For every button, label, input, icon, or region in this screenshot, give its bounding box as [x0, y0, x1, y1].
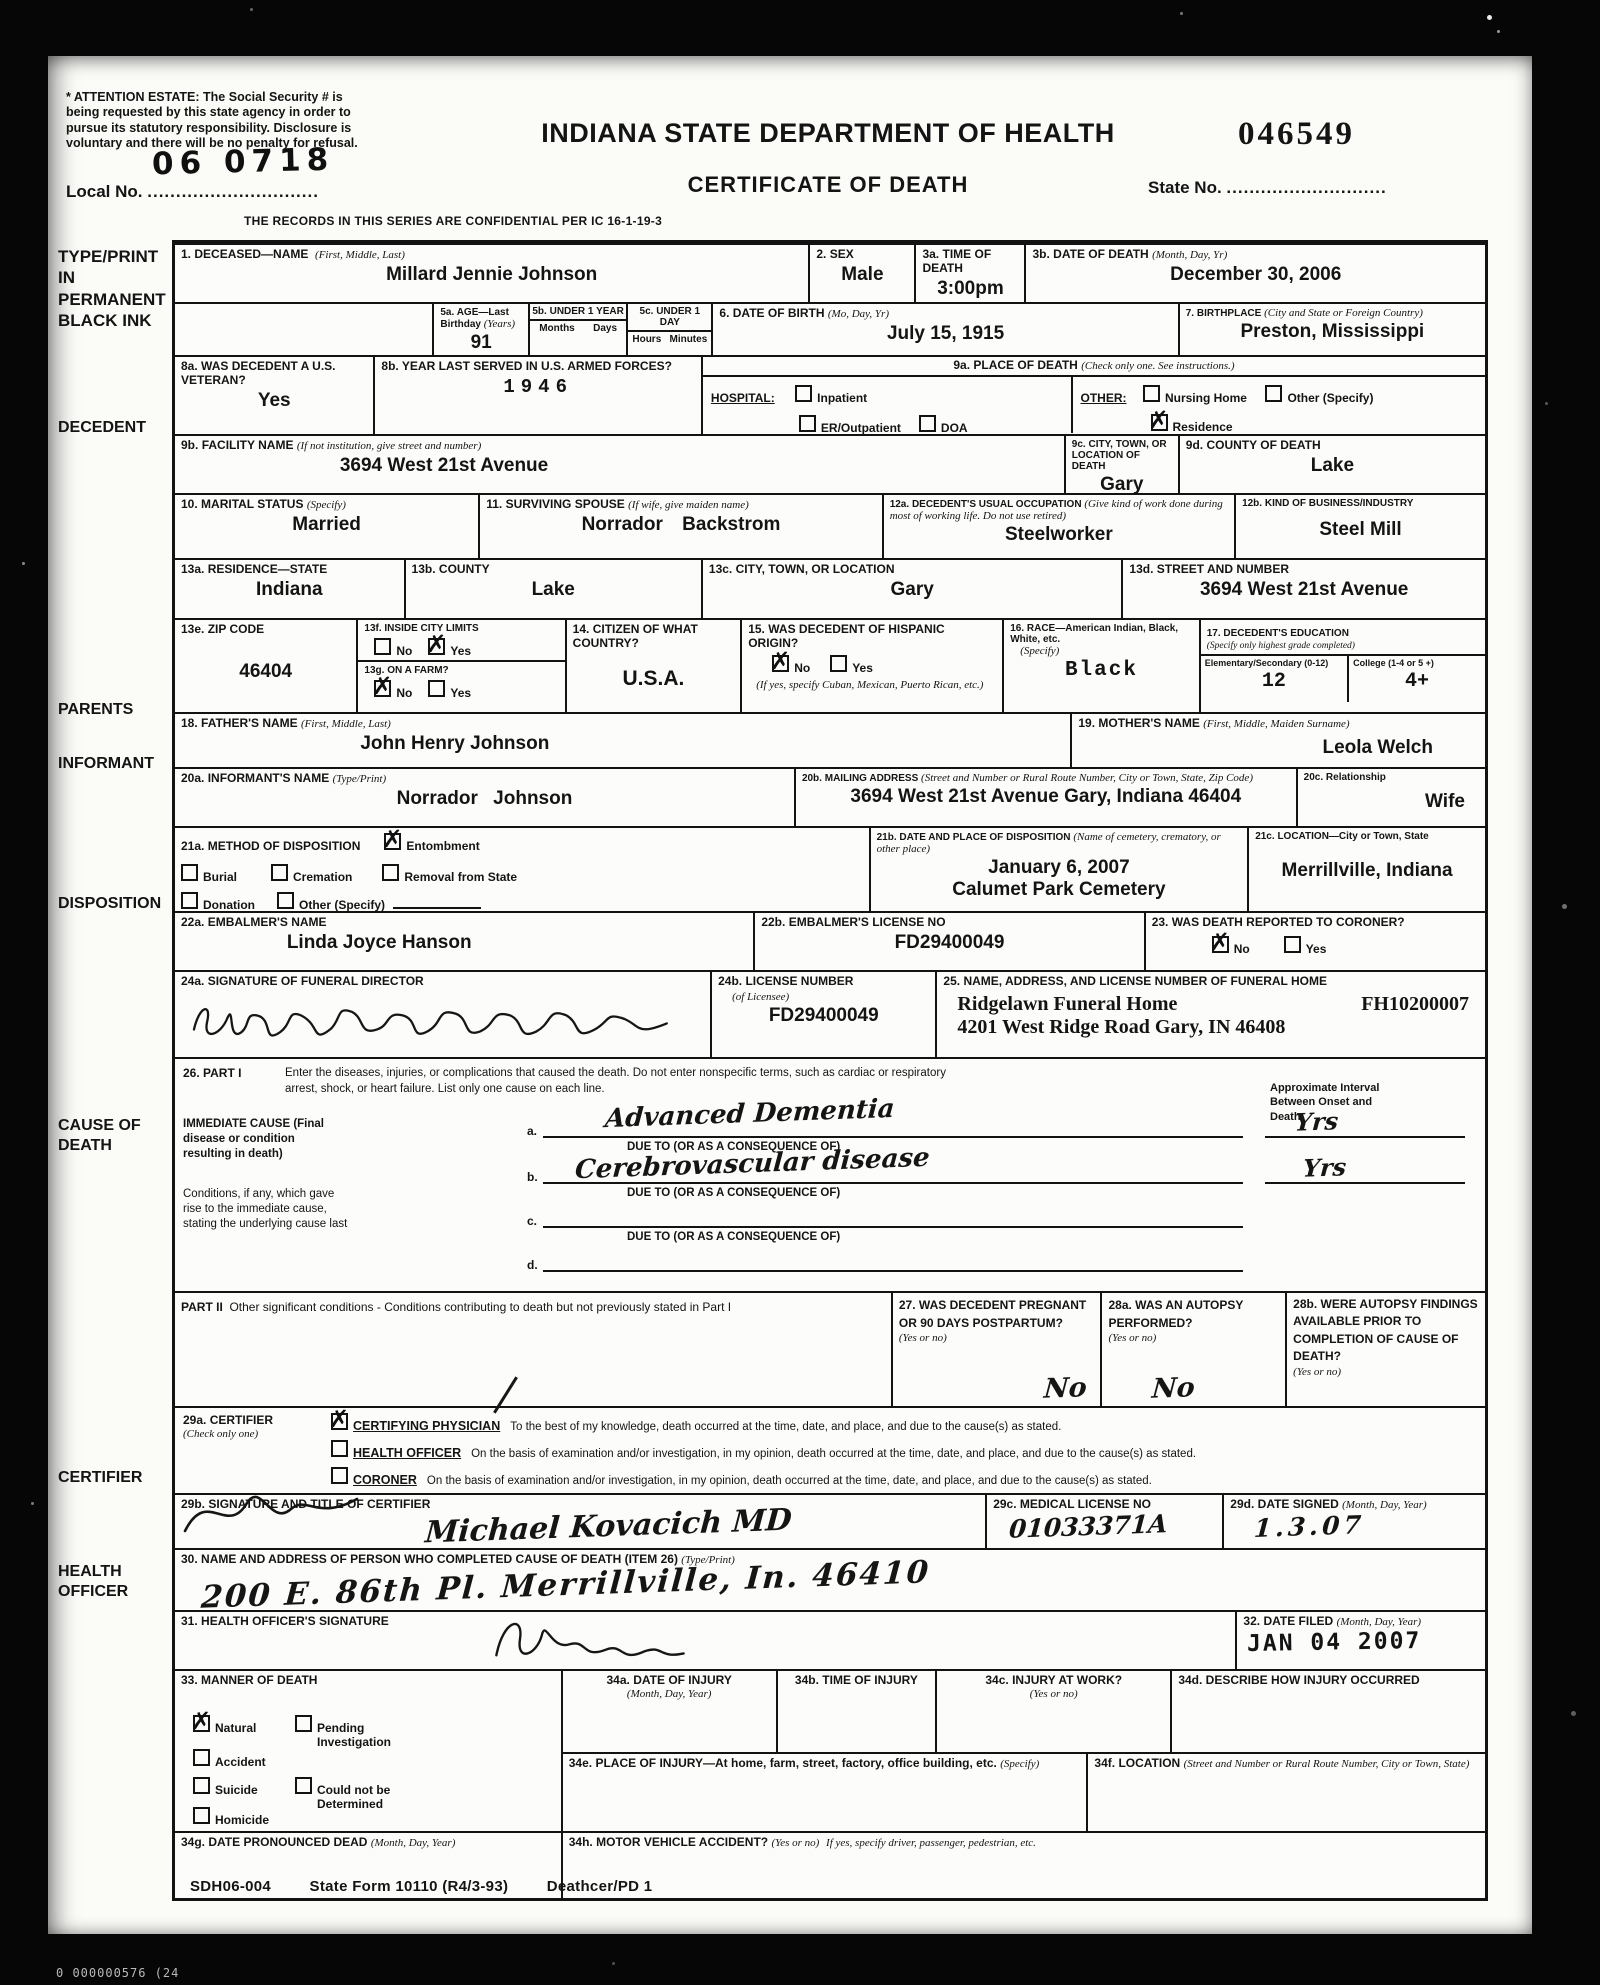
disposition-other-label: Other (Specify) [299, 898, 385, 912]
veteran-value: Yes [181, 390, 367, 412]
pending-checkbox [295, 1715, 312, 1732]
field-part1-cause: 26. PART I Enter the diseases, injuries,… [175, 1059, 1485, 1291]
college-value: 4+ [1353, 670, 1481, 693]
row-16: 29b. SIGNATURE AND TITLE OF CERTIFIER Mi… [175, 1495, 1485, 1550]
interval-a-value: Yrs [1294, 1106, 1339, 1137]
disposition-date-value: January 6, 2007 [877, 857, 1242, 879]
field-residence-county: 13b. COUNTY Lake [406, 560, 703, 618]
margin-label-disposition: DISPOSITION [58, 894, 170, 914]
film-edge-code: 0 000000576 (24 [56, 1966, 179, 1980]
months-column-label: Months [539, 323, 575, 334]
county-of-death-value: Lake [1186, 455, 1479, 477]
embalmer-name-value: Linda Joyce Hanson [181, 932, 577, 954]
field-date-filed: 32. DATE FILED (Month, Day, Year) JAN 04… [1237, 1612, 1485, 1669]
farm-yes-checkbox [428, 680, 445, 697]
row-3: 8a. WAS DECEDENT A U.S. VETERAN? Yes 8b.… [175, 357, 1485, 436]
field-sex: 2. SEX Male [810, 245, 916, 302]
field-under-1-day: 5c. UNDER 1 DAY Hours Minutes [628, 304, 713, 355]
row-9: 20a. INFORMANT'S NAME (Type/Print) Norra… [175, 769, 1485, 828]
field-funeral-license-number: 24b. LICENSE NUMBER (of Licensee) FD2940… [712, 972, 937, 1057]
field-place-of-injury: 34e. PLACE OF INJURY—At home, farm, stre… [563, 1754, 1089, 1831]
year-served-value: 1946 [381, 376, 695, 398]
residence-checkbox [1151, 414, 1168, 431]
margin-label-health-officer: HEALTH OFFICER [58, 1562, 170, 1602]
farm-no-label: No [396, 686, 412, 700]
age-value: 91 [440, 332, 522, 354]
field-deceased-name: 1. DECEASED—NAME (First, Middle, Last) M… [175, 245, 810, 302]
hispanic-hint: (If yes, specify Cuban, Mexican, Puerto … [756, 679, 996, 691]
certifying-physician-text: To the best of my knowledge, death occur… [510, 1421, 1061, 1433]
document-title: CERTIFICATE OF DEATH [518, 172, 1138, 198]
margin-label-informant: INFORMANT [58, 754, 170, 774]
coroner-text: On the basis of examination and/or inves… [427, 1475, 1152, 1487]
row-12: 24a. SIGNATURE OF FUNERAL DIRECTOR 24b. … [175, 972, 1485, 1059]
row-18: 31. HEALTH OFFICER'S SIGNATURE 32. DATE … [175, 1612, 1485, 1671]
row-14: PART II Other significant conditions - C… [175, 1293, 1485, 1408]
funeral-home-license: FH10200007 [1361, 993, 1469, 1016]
row-2: 5a. AGE—Last Birthday (Years) 91 5b. UND… [175, 304, 1485, 357]
field-place-of-death: 9a. PLACE OF DEATH (Check only one. See … [703, 357, 1485, 434]
handwritten-local-number: 06 0718 [152, 142, 335, 183]
er-outpatient-label: ER/Outpatient [821, 421, 901, 435]
date-of-death-value: December 30, 2006 [1032, 264, 1479, 286]
confidential-note: THE RECORDS IN THIS SERIES ARE CONFIDENT… [244, 214, 662, 228]
occupation-value: Steelworker [890, 524, 1228, 546]
field-disposition-location: 21c. LOCATION—City or Town, State Merril… [1249, 828, 1485, 911]
time-of-death-value: 3:00pm [922, 278, 1018, 300]
footer-doc-code: Deathcer/PD 1 [547, 1878, 653, 1895]
margin-label-decedent: DECEDENT [58, 418, 170, 438]
row-4: 9b. FACILITY NAME (If not institution, g… [175, 436, 1485, 495]
local-no-label: Local No. [66, 182, 143, 201]
street-number-value: 3694 West 21st Avenue [1129, 579, 1479, 601]
funeral-license-value: FD29400049 [718, 1005, 929, 1027]
field-education: 17. DECEDENT'S EDUCATION (Specify only h… [1201, 620, 1485, 712]
field-age: 5a. AGE—Last Birthday (Years) 91 [434, 304, 530, 355]
pregnant-value: No [1043, 1372, 1088, 1405]
informant-name-value: Norrador Johnson [181, 788, 788, 810]
field-embalmer-license: 22b. EMBALMER'S LICENSE NO FD29400049 [755, 913, 1145, 970]
field-manner-of-death: 33. MANNER OF DEATH Natural Pending Inve… [175, 1671, 563, 1831]
row-15-certifier: 29a. CERTIFIER (Check only one) CERTIFYI… [175, 1408, 1485, 1495]
due-to-b: DUE TO (OR AS A CONSEQUENCE OF) [627, 1187, 840, 1199]
marital-status-value: Married [181, 514, 472, 536]
footer-state-form: State Form 10110 (R4/3-93) [310, 1878, 509, 1895]
field-health-officer-signature: 31. HEALTH OFFICER'S SIGNATURE [175, 1612, 1237, 1669]
nursing-home-label: Nursing Home [1165, 391, 1247, 405]
could-not-determine-label: Could not be Determined [317, 1783, 403, 1812]
residence-county-value: Lake [412, 579, 695, 601]
field-marital-status: 10. MARITAL STATUS (Specify) Married [175, 495, 480, 558]
natural-checkbox [193, 1715, 210, 1732]
motor-vehicle-hint: If yes, specify driver, passenger, pedes… [826, 1837, 1036, 1849]
cause-line-a [543, 1136, 1243, 1138]
agency-title: INDIANA STATE DEPARTMENT OF HEALTH [518, 118, 1138, 149]
field-father-name: 18. FATHER'S NAME (First, Middle, Last) … [175, 714, 1072, 767]
conditions-label: Conditions, if any, which gave rise to t… [183, 1187, 353, 1232]
field-city-limits-farm: 13f. INSIDE CITY LIMITS No Yes 13g. ON A… [358, 620, 566, 712]
er-outpatient-checkbox [799, 415, 816, 432]
field-zip-code: 13e. ZIP CODE 46404 [175, 620, 358, 712]
part2-text: Other significant conditions - Condition… [229, 1300, 731, 1314]
certifying-physician-label: CERTIFYING PHYSICIAN [353, 1419, 500, 1433]
row-1: 1. DECEASED—NAME (First, Middle, Last) M… [175, 245, 1485, 304]
industry-value: Steel Mill [1242, 519, 1479, 541]
date-of-birth-value: July 15, 1915 [719, 323, 1171, 345]
inside-city-no-checkbox [374, 638, 391, 655]
field-county-of-death: 9d. COUNTY OF DEATH Lake [1180, 436, 1485, 493]
field-date-of-injury: 34a. DATE OF INJURY (Month, Day, Year) [563, 1671, 778, 1752]
field-birthplace: 7. BIRTHPLACE (City and State or Foreign… [1180, 304, 1485, 355]
immediate-cause-label: IMMEDIATE CAUSE (Final disease or condit… [183, 1117, 343, 1162]
field-part2: PART II Other significant conditions - C… [175, 1293, 893, 1406]
hospital-group-label: HOSPITAL: [711, 391, 775, 405]
field-mailing-address: 20b. MAILING ADDRESS (Street and Number … [796, 769, 1298, 826]
interval-b-value: Yrs [1302, 1152, 1347, 1183]
field-residence-city: 13c. CITY, TOWN, OR LOCATION Gary [703, 560, 1124, 618]
field-date-signed: 29d. DATE SIGNED (Month, Day, Year) 1.3.… [1224, 1495, 1485, 1548]
health-officer-checkbox [331, 1440, 348, 1457]
field-time-of-injury: 34b. TIME OF INJURY [778, 1671, 938, 1752]
homicide-checkbox [193, 1807, 210, 1824]
state-no-dotted-line: ............................ [1226, 178, 1386, 197]
elementary-label: Elementary/Secondary (0-12) [1205, 658, 1343, 668]
funeral-home-name: Ridgelawn Funeral Home [957, 993, 1177, 1016]
autopsy-performed-value: No [1151, 1372, 1196, 1405]
field-residence-state: 13a. RESIDENCE—STATE Indiana [175, 560, 406, 618]
field-date-place-disposition: 21b. DATE AND PLACE OF DISPOSITION (Name… [871, 828, 1250, 911]
burial-label: Burial [203, 870, 237, 884]
burial-checkbox [181, 864, 198, 881]
father-name-value: John Henry Johnson [181, 733, 729, 755]
homicide-label: Homicide [215, 1813, 269, 1827]
cause-a-value: Advanced Dementia [604, 1094, 896, 1134]
field-street-number: 13d. STREET AND NUMBER 3694 West 21st Av… [1123, 560, 1485, 618]
margin-label-parents: PARENTS [58, 700, 170, 720]
field-describe-injury: 34d. DESCRIBE HOW INJURY OCCURRED [1172, 1671, 1485, 1752]
row-10: 21a. METHOD OF DISPOSITION Entombment Bu… [175, 828, 1485, 913]
date-signed-value: 1.3.07 [1253, 1510, 1366, 1543]
inside-city-no-label: No [396, 644, 412, 658]
deceased-name-value: Millard Jennie Johnson [181, 264, 802, 286]
field-certifier-options: 29a. CERTIFIER (Check only one) CERTIFYI… [175, 1408, 1485, 1493]
citizen-country-value: U.S.A. [573, 667, 735, 691]
mother-name-value: Leola Welch [1078, 737, 1479, 759]
other-specify-label: Other (Specify) [1287, 391, 1373, 405]
certificate-number: 046549 [1238, 116, 1355, 153]
part1-instruction-1: Enter the diseases, injuries, or complic… [285, 1067, 946, 1079]
line-b-letter: b. [527, 1171, 538, 1185]
field-embalmer-name: 22a. EMBALMER'S NAME Linda Joyce Hanson [175, 913, 755, 970]
field-city-of-death: 9c. CITY, TOWN, OR LOCATION OF DEATH Gar… [1066, 436, 1180, 493]
hispanic-yes-checkbox [830, 655, 847, 672]
field-usual-occupation: 12a. DECEDENT'S USUAL OCCUPATION (Give k… [884, 495, 1236, 558]
days-column-label: Days [593, 323, 617, 334]
field-reported-to-coroner: 23. WAS DEATH REPORTED TO CORONER? No Ye… [1146, 913, 1485, 970]
residence-city-value: Gary [709, 579, 1116, 601]
field-injury-at-work: 34c. INJURY AT WORK? (Yes or no) [937, 1671, 1172, 1752]
field-pregnant: 27. WAS DECEDENT PREGNANT OR 90 DAYS POS… [893, 1293, 1103, 1406]
field-time-of-death: 3a. TIME OF DEATH 3:00pm [916, 245, 1026, 302]
embalmer-license-value: FD29400049 [761, 932, 1137, 954]
blank-cell [175, 304, 434, 355]
row-19-20: 33. MANNER OF DEATH Natural Pending Inve… [175, 1671, 1485, 1833]
coroner-yes-label: Yes [1306, 942, 1327, 956]
other-specify-checkbox [1265, 385, 1282, 402]
film-noise-specks [0, 0, 3, 3]
row-7: 13e. ZIP CODE 46404 13f. INSIDE CITY LIM… [175, 620, 1485, 714]
disposition-place-value: Calumet Park Cemetery [877, 879, 1242, 901]
nursing-home-checkbox [1143, 385, 1160, 402]
state-no-line: State No. ............................ [1148, 178, 1387, 198]
line-c-letter: c. [527, 1215, 537, 1229]
race-value: Black [1010, 659, 1193, 682]
coroner-yes-checkbox [1284, 936, 1301, 953]
certificate-paper: * ATTENTION ESTATE: The Social Security … [48, 56, 1532, 1934]
certifying-physician-checkbox [331, 1413, 348, 1430]
field-autopsy-findings: 28b. WERE AUTOPSY FINDINGS AVAILABLE PRI… [1287, 1293, 1485, 1406]
field-certifier-signature: 29b. SIGNATURE AND TITLE OF CERTIFIER Mi… [175, 1495, 987, 1548]
relationship-value: Wife [1304, 791, 1479, 813]
field-citizen-country: 14. CITIZEN OF WHAT COUNTRY? U.S.A. [567, 620, 743, 712]
suicide-checkbox [193, 1777, 210, 1794]
cause-line-d [543, 1270, 1243, 1272]
part2-label: PART II [181, 1300, 223, 1314]
margin-label-cause-of-death: CAUSE OF DEATH [58, 1116, 170, 1156]
inside-city-yes-label: Yes [450, 644, 471, 658]
other-group-label: OTHER: [1081, 391, 1127, 405]
doa-label: DOA [941, 421, 968, 435]
health-officer-signature-mark [475, 1608, 705, 1668]
state-no-label: State No. [1148, 178, 1222, 197]
margin-label-type-print: TYPE/PRINT IN PERMANENT BLACK INK [58, 246, 170, 331]
field-facility-name: 9b. FACILITY NAME (If not institution, g… [175, 436, 1066, 493]
residence-label: Residence [1173, 420, 1233, 434]
zip-code-value: 46404 [181, 661, 350, 683]
funeral-director-signature-mark [183, 990, 683, 1048]
field-completed-by: 30. NAME AND ADDRESS OF PERSON WHO COMPL… [175, 1550, 1485, 1610]
health-officer-option-label: HEALTH OFFICER [353, 1446, 461, 1460]
coroner-no-checkbox [1212, 936, 1229, 953]
field-injury-location: 34f. LOCATION (Street and Number or Rura… [1088, 1754, 1485, 1831]
form-table: 1. DECEASED—NAME (First, Middle, Last) M… [172, 240, 1488, 1901]
field-surviving-spouse: 11. SURVIVING SPOUSE (If wife, give maid… [480, 495, 883, 558]
health-officer-text: On the basis of examination and/or inves… [471, 1448, 1196, 1460]
row-5: 10. MARITAL STATUS (Specify) Married 11.… [175, 495, 1485, 560]
footer-form-code: SDH06-004 [190, 1878, 271, 1895]
field-race: 16. RACE—American Indian, Black, White, … [1004, 620, 1201, 712]
surviving-spouse-value: Norrador Backstrom [486, 514, 875, 536]
row-6: 13a. RESIDENCE—STATE Indiana 13b. COUNTY… [175, 560, 1485, 620]
doa-checkbox [919, 415, 936, 432]
local-no-dotted-line: .............................. [147, 182, 319, 201]
field-veteran: 8a. WAS DECEDENT A U.S. VETERAN? Yes [175, 357, 375, 434]
medical-license-value: 01033371A [1008, 1509, 1169, 1544]
residence-state-value: Indiana [181, 579, 398, 601]
certifier-flourish-mark [175, 1479, 365, 1543]
entombment-label: Entombment [406, 839, 479, 853]
field-medical-license: 29c. MEDICAL LICENSE NO 01033371A [987, 1495, 1224, 1548]
field-funeral-director-signature: 24a. SIGNATURE OF FUNERAL DIRECTOR [175, 972, 712, 1057]
natural-label: Natural [215, 1721, 256, 1735]
field-hispanic-origin: 15. WAS DECEDENT OF HISPANIC ORIGIN? No … [742, 620, 1004, 712]
field-informant-name: 20a. INFORMANT'S NAME (Type/Print) Norra… [175, 769, 796, 826]
cremation-checkbox [271, 864, 288, 881]
sex-value: Male [816, 264, 908, 286]
accident-label: Accident [215, 1755, 266, 1769]
row-13-cause-of-death: 26. PART I Enter the diseases, injuries,… [175, 1059, 1485, 1293]
inpatient-checkbox [795, 385, 812, 402]
removal-label: Removal from State [404, 870, 517, 884]
field-autopsy-performed: 28a. WAS AN AUTOPSY PERFORMED? (Yes or n… [1102, 1293, 1287, 1406]
donation-label: Donation [203, 898, 255, 912]
removal-checkbox [382, 864, 399, 881]
disposition-location-value: Merrillville, Indiana [1255, 860, 1479, 882]
field-funeral-home: 25. NAME, ADDRESS, AND LICENSE NUMBER OF… [937, 972, 1485, 1057]
funeral-home-address: 4201 West Ridge Road Gary, IN 46408 [943, 1016, 1479, 1039]
field-motor-vehicle-accident: 34h. MOTOR VEHICLE ACCIDENT? (Yes or no)… [563, 1833, 1485, 1898]
could-not-determine-checkbox [295, 1777, 312, 1794]
hours-column-label: Hours [632, 334, 661, 345]
margin-label-certifier: CERTIFIER [58, 1468, 170, 1488]
date-filed-value: JAN 04 2007 [1247, 1627, 1479, 1657]
cause-line-c [543, 1226, 1243, 1228]
line-a-letter: a. [527, 1125, 537, 1139]
row-11: 22a. EMBALMER'S NAME Linda Joyce Hanson … [175, 913, 1485, 972]
scanned-death-certificate: { "film": { "code": "0 000000576 (24" },… [0, 0, 1600, 1985]
field-business-industry: 12b. KIND OF BUSINESS/INDUSTRY Steel Mil… [1236, 495, 1485, 558]
accident-checkbox [193, 1749, 210, 1766]
field-method-of-disposition: 21a. METHOD OF DISPOSITION Entombment Bu… [175, 828, 871, 911]
interval-line-b [1265, 1182, 1465, 1184]
field-year-last-served: 8b. YEAR LAST SERVED IN U.S. ARMED FORCE… [375, 357, 703, 434]
field-relationship: 20c. Relationship Wife [1298, 769, 1485, 826]
elementary-value: 12 [1205, 670, 1343, 693]
cremation-label: Cremation [293, 870, 352, 884]
farm-yes-label: Yes [450, 686, 471, 700]
mailing-address-value: 3694 West 21st Avenue Gary, Indiana 4640… [802, 786, 1290, 808]
inside-city-yes-checkbox [428, 638, 445, 655]
line-d-letter: d. [527, 1259, 538, 1273]
field-date-of-death: 3b. DATE OF DEATH (Month, Day, Yr) Decem… [1026, 245, 1485, 302]
hispanic-no-label: No [794, 661, 810, 675]
facility-name-value: 3694 West 21st Avenue [181, 455, 707, 477]
field-date-of-birth: 6. DATE OF BIRTH (Mo, Day, Yr) July 15, … [713, 304, 1179, 355]
college-label: College (1-4 or 5 +) [1353, 658, 1481, 668]
birthplace-value: Preston, Mississippi [1186, 321, 1479, 343]
farm-no-checkbox [374, 680, 391, 697]
part1-instruction-2: arrest, shock, or heart failure. List on… [285, 1083, 605, 1095]
hispanic-no-checkbox [772, 655, 789, 672]
row-17: 30. NAME AND ADDRESS OF PERSON WHO COMPL… [175, 1550, 1485, 1612]
disposition-other-checkbox [277, 892, 294, 909]
coroner-no-label: No [1234, 942, 1250, 956]
donation-checkbox [181, 892, 198, 909]
row-8: 18. FATHER'S NAME (First, Middle, Last) … [175, 714, 1485, 769]
inpatient-label: Inpatient [817, 391, 867, 405]
injury-grid: 34a. DATE OF INJURY (Month, Day, Year) 3… [563, 1671, 1485, 1831]
suicide-label: Suicide [215, 1783, 258, 1797]
form-footer: SDH06-004 State Form 10110 (R4/3-93) Dea… [190, 1878, 686, 1895]
minutes-column-label: Minutes [669, 334, 707, 345]
pending-label: Pending Investigation [317, 1721, 403, 1750]
hispanic-yes-label: Yes [852, 661, 873, 675]
due-to-c: DUE TO (OR AS A CONSEQUENCE OF) [627, 1231, 840, 1243]
disposition-other-line [393, 897, 481, 909]
city-of-death-value: Gary [1072, 474, 1172, 496]
local-no-line: Local No. .............................. [66, 182, 319, 202]
entombment-checkbox [384, 833, 401, 850]
field-mother-name: 19. MOTHER'S NAME (First, Middle, Maiden… [1072, 714, 1485, 767]
field-under-1-year: 5b. UNDER 1 YEAR Months Days [530, 304, 628, 355]
